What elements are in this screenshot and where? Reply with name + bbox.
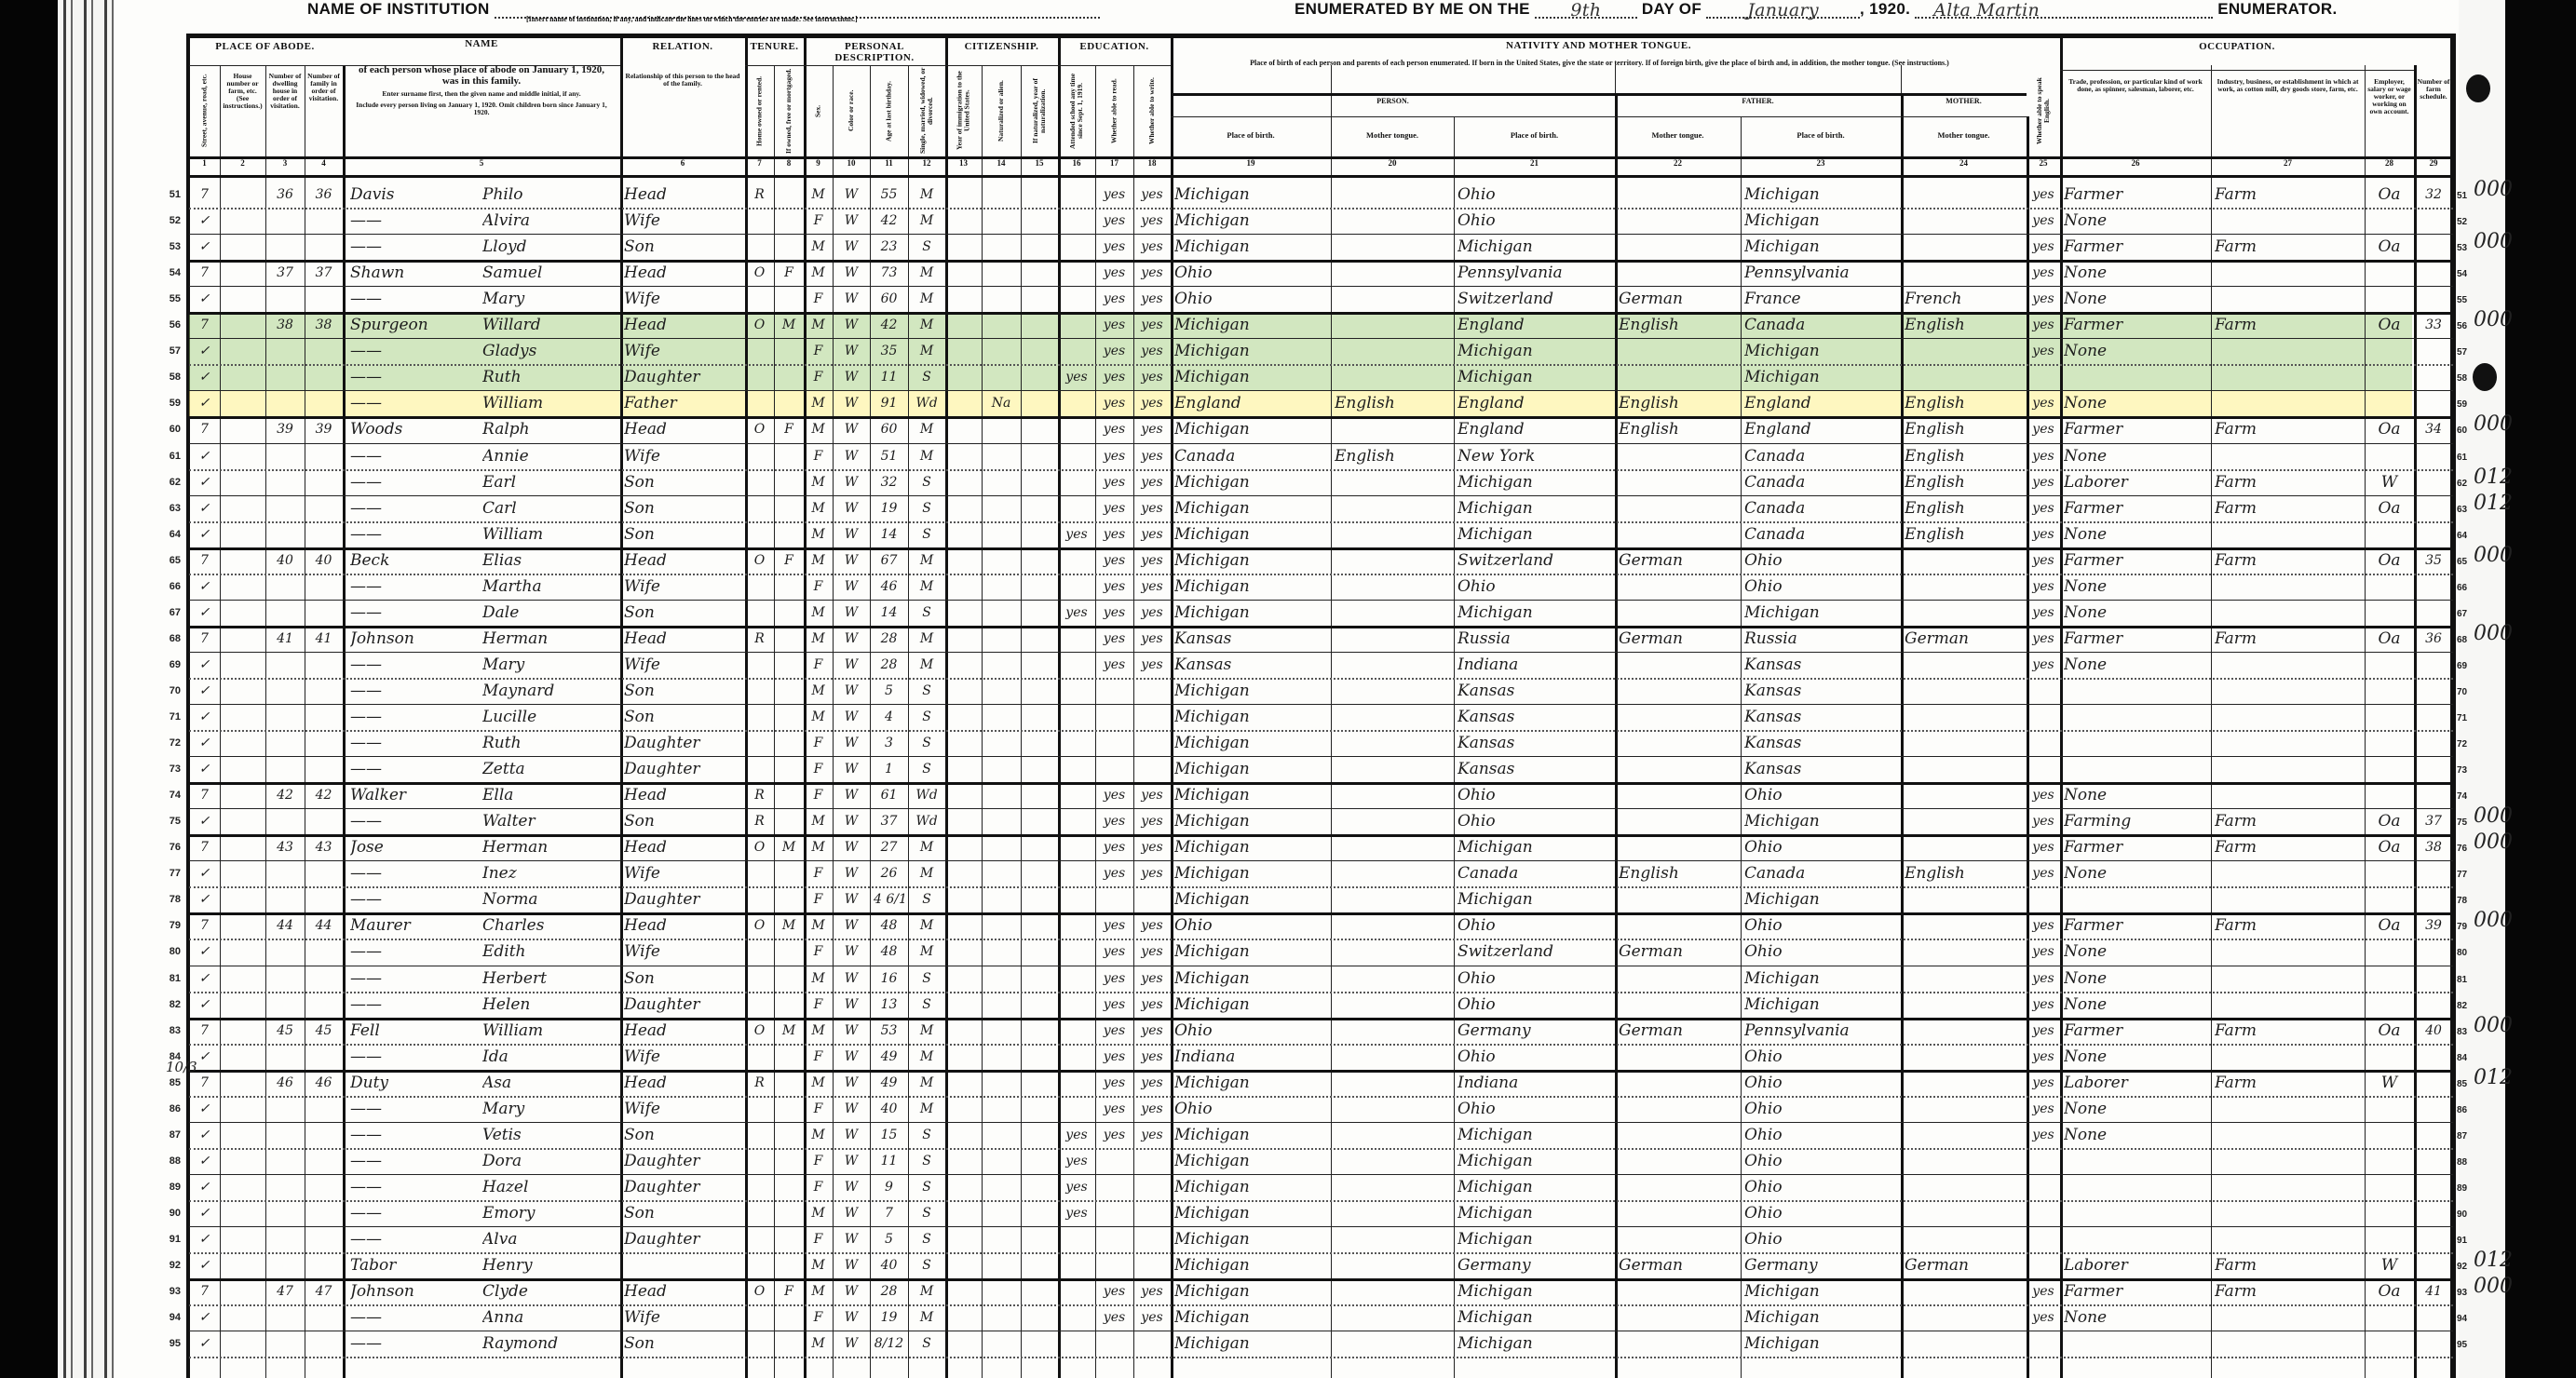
cell-sex: M [807,182,829,208]
cell-english: yes [2030,1044,2056,1070]
cell-relation: Head [624,182,741,208]
cell-fpob: Indiana [1457,1070,1611,1096]
cell-mpob: Ohio [1744,834,1897,860]
cell-mpob: Michigan [1744,966,1897,992]
cell-fpob: Michigan [1457,600,1611,626]
cell-fpob: Michigan [1457,521,1611,547]
surname: —— [350,364,471,390]
enumeration-year: , 1920. [1860,0,1910,18]
cell-trade: Farmer [2064,912,2207,939]
cell-age: 49 [874,1044,904,1070]
column-number-9: 9 [806,159,831,174]
line-number-right: 77 [2457,870,2467,880]
cell-mpob: Kansas [1744,678,1897,704]
cell-race: W [836,1252,866,1278]
cell-sex: F [807,652,829,678]
cell-school: yes [1062,1148,1091,1174]
line-number-right: 61 [2457,453,2467,463]
cell-relation: Daughter [624,730,741,756]
line-number-right: 64 [2457,531,2467,541]
given-name: Inez [482,860,617,886]
cell-read: yes [1099,1122,1130,1148]
given-name: William [482,390,617,416]
cell-relation: Son [624,678,741,704]
margin-annotation: 10/3 [166,1059,197,1075]
cell-english: yes [2030,808,2056,834]
cell-english: yes [2030,600,2056,626]
cell-street: ✓ [193,1200,216,1226]
cell-mpob: Ohio [1744,1226,1897,1252]
cell-school: yes [1062,1122,1091,1148]
given-name: Walter [482,808,617,834]
cell-street: ✓ [193,1252,216,1278]
line-number: 93 [160,1286,181,1297]
cell-race: W [836,260,866,286]
cell-relation: Wife [624,574,741,600]
cell-write: yes [1137,1070,1167,1096]
line-number: 79 [160,920,181,931]
cell-farm: 39 [2418,912,2449,939]
cell-pob: Michigan [1174,704,1327,730]
cell-industry: Farm [2215,834,2361,860]
cell-race: W [836,1096,866,1122]
occupation-code: 000 [2474,178,2513,201]
cell-marital: M [912,626,942,652]
cell-mpob: Ohio [1744,1148,1897,1174]
cell-english: yes [2030,1304,2056,1331]
line-number: 88 [160,1155,181,1167]
cell-fpob: Michigan [1457,469,1611,495]
cell-race: W [836,495,866,521]
cell-relation: Daughter [624,1148,741,1174]
cell-write: yes [1137,234,1167,260]
cell-ftongue: English [1619,312,1737,338]
cell-age: 14 [874,600,904,626]
surname: Spurgeon [350,312,471,338]
cell-english: yes [2030,1070,2056,1096]
cell-pob: Canada [1174,443,1327,469]
cell-relation: Wife [624,860,741,886]
cell-relation: Head [624,1070,741,1096]
column-number-14: 14 [983,159,1019,174]
cell-relation: Father [624,390,741,416]
cell-street: 7 [193,1018,216,1044]
cell-relation: Son [624,600,741,626]
cell-sex: F [807,443,829,469]
name-instruction-2: Enter surname first, then the given name… [350,90,613,98]
column-number-13: 13 [947,159,980,174]
surname: —— [350,521,471,547]
line-number-right: 68 [2457,635,2467,645]
cell-pob: Michigan [1174,416,1327,442]
cell-age: 60 [874,416,904,442]
cell-race: W [836,966,866,992]
institution-line: NAME OF INSTITUTION [307,0,1100,28]
cell-sex: F [807,860,829,886]
column-divider [1171,34,1173,1378]
cell-race: W [836,416,866,442]
cell-mpob: Michigan [1744,808,1897,834]
line-number-right: 54 [2457,269,2467,279]
cell-street: 7 [193,834,216,860]
cell-mpob: Canada [1744,860,1897,886]
cell-trade: None [2064,600,2207,626]
given-name: Norma [482,886,617,912]
enumeration-month: January [1747,0,1819,20]
cell-age: 73 [874,260,904,286]
cell-fpob: Michigan [1457,338,1611,364]
cell-mort: F [778,416,800,442]
cell-race: W [836,182,866,208]
line-number-right: 80 [2457,948,2467,958]
surname: Johnson [350,1278,471,1304]
cell-race: W [836,834,866,860]
line-number: 78 [160,894,181,905]
cell-dwelling: 47 [269,1278,301,1304]
cell-marital: M [912,912,942,939]
column-label-8: If owned, free or mortgaged. [776,67,802,155]
cell-sex: M [807,1122,829,1148]
cell-mort: M [778,834,800,860]
cell-age: 1 [874,756,904,782]
cell-race: W [836,338,866,364]
cell-family: 45 [308,1018,339,1044]
institution-label: NAME OF INSTITUTION [307,0,490,18]
cell-read: yes [1099,495,1130,521]
cell-mpob: Ohio [1744,912,1897,939]
line-number-right: 72 [2457,739,2467,750]
cell-family: 39 [308,416,339,442]
cell-marital: M [912,260,942,286]
cell-age: 19 [874,1304,904,1331]
cell-write: yes [1137,834,1167,860]
cell-sex: M [807,390,829,416]
cell-sex: F [807,286,829,312]
line-number: 91 [160,1234,181,1245]
cell-trade: None [2064,992,2207,1018]
cell-write: yes [1137,443,1167,469]
given-name: Herman [482,626,617,652]
enumeration-line: ENUMERATED BY ME ON THE 9th DAY OF Janua… [1295,0,2338,28]
cell-relation: Wife [624,286,741,312]
line-number-right: 53 [2457,243,2467,253]
surname: —— [350,286,471,312]
column-number-25: 25 [2028,159,2058,174]
surname: —— [350,678,471,704]
cell-dwelling: 40 [269,547,301,574]
cell-class: W [2368,1070,2410,1096]
cell-marital: M [912,416,942,442]
cell-street: ✓ [193,966,216,992]
cell-pob: Ohio [1174,286,1327,312]
line-number-right: 51 [2457,191,2467,201]
column-divider [804,34,807,1378]
line-number-right: 81 [2457,975,2467,985]
occupation-code: 012 [2474,492,2513,515]
cell-race: W [836,469,866,495]
cell-age: 28 [874,626,904,652]
surname: —— [350,966,471,992]
cell-mpob: Canada [1744,312,1897,338]
cell-age: 61 [874,782,904,808]
cell-mpob: Michigan [1744,338,1897,364]
given-name: Lloyd [482,234,617,260]
cell-race: W [836,1018,866,1044]
cell-age: 28 [874,652,904,678]
cell-relation: Wife [624,443,741,469]
cell-pob: Michigan [1174,521,1327,547]
cell-ftongue: German [1619,286,1737,312]
line-number-right: 69 [2457,661,2467,671]
cell-industry: Farm [2215,1278,2361,1304]
cell-sex: F [807,939,829,965]
cell-relation: Head [624,626,741,652]
occupation-code: 012 [2474,1066,2513,1089]
line-number: 52 [160,215,181,226]
cell-mpob: Ohio [1744,1044,1897,1070]
cell-mpob: Ohio [1744,1070,1897,1096]
cell-age: 16 [874,966,904,992]
cell-pob: Michigan [1174,886,1327,912]
column-label-7: Home owned or rented. [747,67,772,155]
surname: Fell [350,1018,471,1044]
cell-mpob: Michigan [1744,600,1897,626]
column-number-5: 5 [345,159,618,174]
cell-write: yes [1137,1096,1167,1122]
cell-street: ✓ [193,469,216,495]
cell-dwelling: 41 [269,626,301,652]
cell-pob: Michigan [1174,678,1327,704]
cell-trade: Farmer [2064,312,2207,338]
cell-mpob: Pennsylvania [1744,260,1897,286]
column-number-11: 11 [872,159,906,174]
cell-sex: F [807,1148,829,1174]
cell-street: 7 [193,1278,216,1304]
given-name: Herbert [482,966,617,992]
cell-race: W [836,939,866,965]
cell-street: ✓ [193,364,216,390]
cell-fpob: Ohio [1457,1096,1611,1122]
line-number: 62 [160,477,181,488]
cell-pob: Michigan [1174,600,1327,626]
punch-hole-icon [2466,74,2490,102]
line-number: 90 [160,1208,181,1219]
line-number-right: 52 [2457,217,2467,227]
line-number-right: 87 [2457,1131,2467,1142]
line-number: 71 [160,711,181,723]
cell-trade: None [2064,1304,2207,1331]
cell-marital: S [912,966,942,992]
surname: —— [350,338,471,364]
occupation-code: 012 [2474,1249,2513,1272]
cell-marital: M [912,1278,942,1304]
cell-marital: S [912,1226,942,1252]
cell-age: 53 [874,1018,904,1044]
cell-marital: M [912,860,942,886]
cell-street: ✓ [193,443,216,469]
header-name: NAME [345,39,618,58]
cell-trade: None [2064,521,2207,547]
line-number: 86 [160,1103,181,1115]
surname: —— [350,208,471,234]
cell-english: yes [2030,416,2056,442]
given-name: Hazel [482,1174,617,1200]
line-number: 81 [160,973,181,984]
cell-street: ✓ [193,574,216,600]
cell-fpob: Germany [1457,1252,1611,1278]
given-name: Samuel [482,260,617,286]
cell-pob: Kansas [1174,626,1327,652]
cell-race: W [836,521,866,547]
cell-mpob: Michigan [1744,182,1897,208]
cell-race: W [836,1044,866,1070]
cell-marital: M [912,652,942,678]
cell-mpob: Ohio [1744,1200,1897,1226]
cell-trade: None [2064,286,2207,312]
cell-pob: Michigan [1174,1200,1327,1226]
column-label-15: If naturalized, year of naturalization. [1023,67,1056,155]
given-name: Ella [482,782,617,808]
cell-trade: Farmer [2064,234,2207,260]
cell-age: 5 [874,678,904,704]
given-name: Maynard [482,678,617,704]
cell-relation: Son [624,966,741,992]
cell-trade: Farmer [2064,495,2207,521]
column-label-14: Naturalized or alien. [983,67,1019,155]
cell-age: 67 [874,547,904,574]
surname: Davis [350,182,471,208]
cell-class: Oa [2368,808,2410,834]
line-number-right: 58 [2457,373,2467,384]
cell-pob: Michigan [1174,208,1327,234]
header-father: FATHER. [1617,98,1899,114]
cell-trade: None [2064,260,2207,286]
cell-age: 49 [874,1070,904,1096]
cell-race: W [836,364,866,390]
occupation-code: 000 [2474,622,2513,645]
cell-marital: M [912,939,942,965]
line-number: 82 [160,999,181,1010]
cell-sex: M [807,912,829,939]
line-number: 53 [160,241,181,252]
surname: —— [350,1044,471,1070]
column-number-20: 20 [1333,159,1452,174]
cell-race: W [836,626,866,652]
cell-class: W [2368,469,2410,495]
line-number: 85 [160,1077,181,1088]
cell-mtongue: English [1905,390,2023,416]
cell-street: ✓ [193,600,216,626]
surname: —— [350,600,471,626]
cell-english: yes [2030,469,2056,495]
cell-farm: 34 [2418,416,2449,442]
cell-age: 23 [874,234,904,260]
cell-marital: S [912,1200,942,1226]
cell-relation: Son [624,704,741,730]
cell-trade: Laborer [2064,1070,2207,1096]
cell-dwelling: 38 [269,312,301,338]
cell-marital: S [912,992,942,1018]
cell-fpob: Russia [1457,626,1611,652]
column-number-19: 19 [1173,159,1329,174]
column-number-18: 18 [1135,159,1169,174]
line-number: 60 [160,424,181,435]
given-name: Earl [482,469,617,495]
occupation-code: 012 [2474,466,2513,489]
cell-english: yes [2030,1018,2056,1044]
cell-marital: M [912,443,942,469]
cell-age: 42 [874,312,904,338]
column-label-6: Relationship of this person to the head … [622,67,743,160]
cell-farm: 33 [2418,312,2449,338]
cell-read: yes [1099,390,1130,416]
cell-mpob: Pennsylvania [1744,1018,1897,1044]
cell-fpob: Michigan [1457,234,1611,260]
cell-relation: Daughter [624,364,741,390]
cell-read: yes [1099,939,1130,965]
cell-industry: Farm [2215,912,2361,939]
column-divider [2027,116,2029,1378]
cell-marital: M [912,208,942,234]
cell-read: yes [1099,364,1130,390]
cell-sex: M [807,626,829,652]
cell-mpob: England [1744,390,1897,416]
given-name: William [482,521,617,547]
cell-school: yes [1062,1200,1091,1226]
cell-relation: Head [624,547,741,574]
line-number-right: 78 [2457,896,2467,906]
cell-pob: Michigan [1174,495,1327,521]
cell-read: yes [1099,182,1130,208]
given-name: Willard [482,312,617,338]
line-number: 51 [160,189,181,200]
cell-mtongue: English [1905,469,2023,495]
line-number-right: 88 [2457,1157,2467,1168]
line-number: 74 [160,790,181,801]
given-name: Mary [482,286,617,312]
cell-age: 35 [874,338,904,364]
header-rule [1171,93,2027,96]
cell-own: R [749,808,770,834]
column-number-28: 28 [2366,159,2412,174]
cell-fpob: Ohio [1457,1044,1611,1070]
cell-pob: Michigan [1174,1331,1327,1357]
cell-sex: M [807,1018,829,1044]
surname: Maurer [350,912,471,939]
cell-english: yes [2030,521,2056,547]
cell-race: W [836,704,866,730]
cell-read: yes [1099,1070,1130,1096]
cell-industry: Farm [2215,626,2361,652]
cell-pob: Michigan [1174,966,1327,992]
cell-relation: Wife [624,1096,741,1122]
column-label-10: Color or race. [834,67,868,155]
cell-street: 7 [193,547,216,574]
column-label-3: Number of dwelling house in order of vis… [267,67,303,160]
surname: —— [350,808,471,834]
cell-mpob: France [1744,286,1897,312]
cell-own: O [749,260,770,286]
cell-race: W [836,1174,866,1200]
cell-age: 40 [874,1096,904,1122]
line-number-right: 57 [2457,347,2467,358]
cell-write: yes [1137,1018,1167,1044]
cell-age: 3 [874,730,904,756]
cell-race: W [836,390,866,416]
given-name: Mary [482,652,617,678]
surname: Walker [350,782,471,808]
cell-pob: Michigan [1174,469,1327,495]
